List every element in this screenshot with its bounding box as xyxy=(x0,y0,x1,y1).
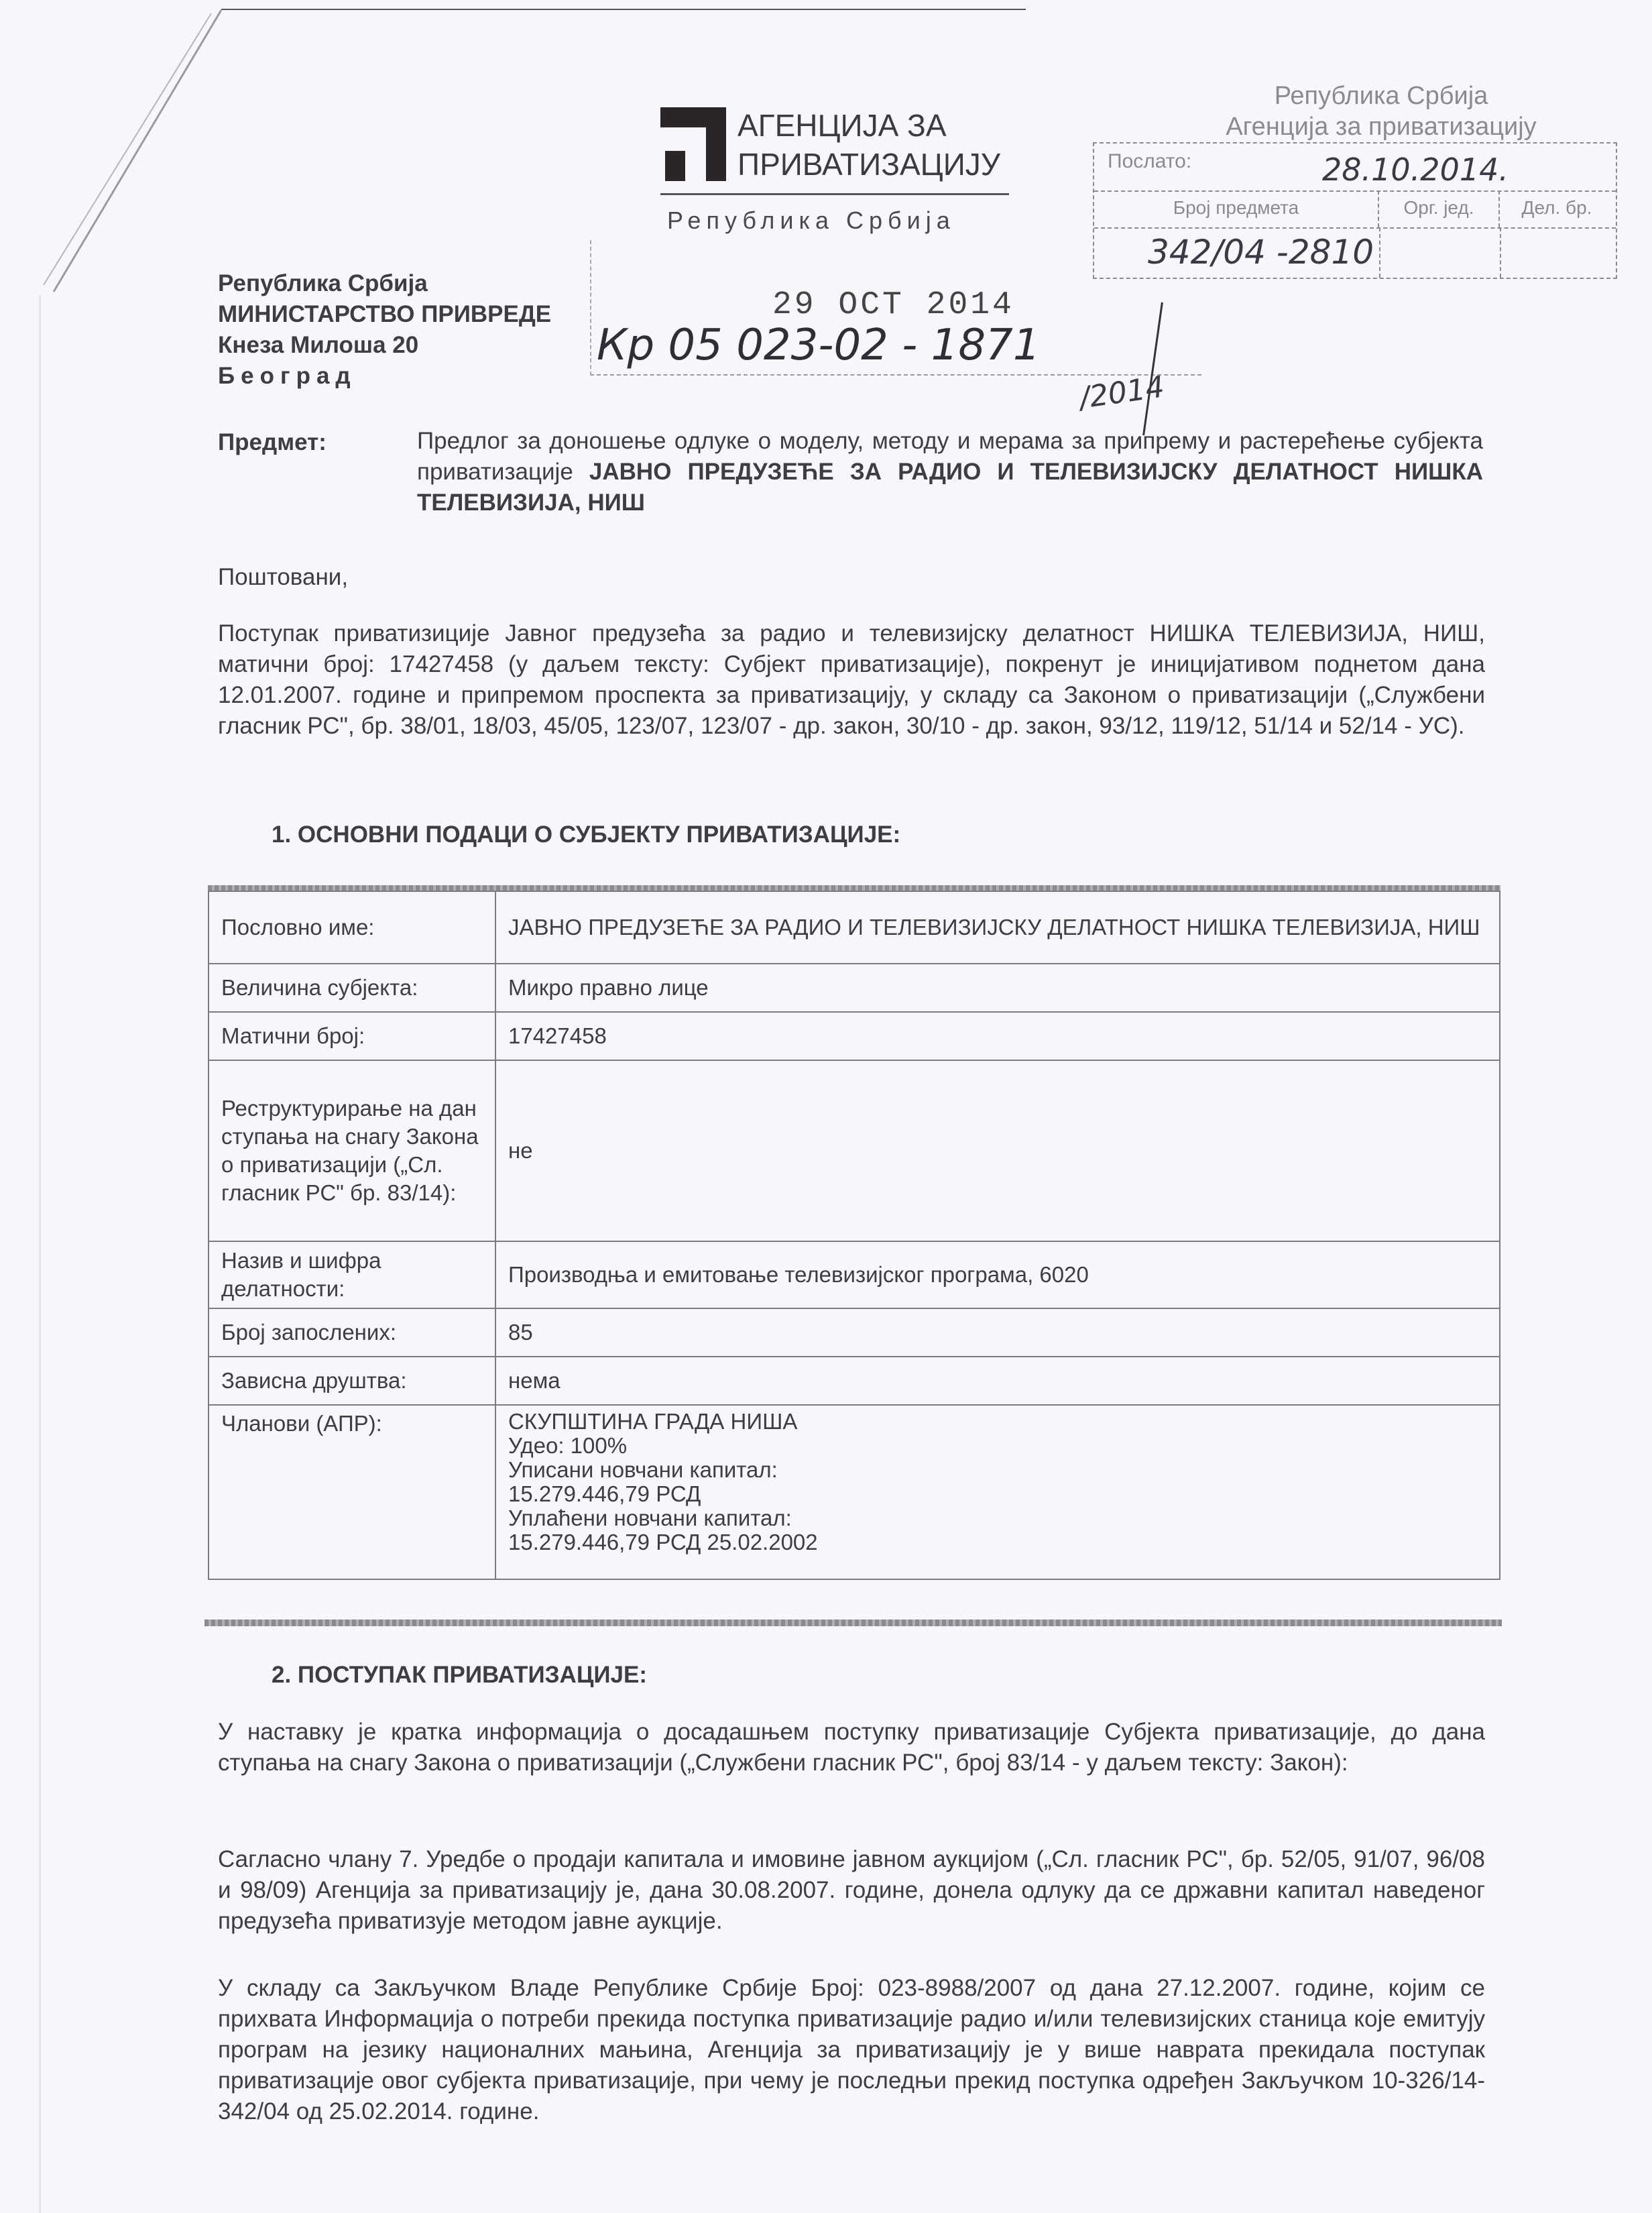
table-row: Чланови (АПР): СКУПШТИНА ГРАДА НИША Удео… xyxy=(209,1405,1500,1579)
section2-paragraph-2: Сагласно члану 7. Уредбе о продаји капит… xyxy=(218,1844,1485,1937)
stamp-header-line1: Република Србија xyxy=(1167,80,1596,111)
subject-text: Предлог за доношење одлуке о моделу, мет… xyxy=(417,426,1483,518)
row-value: 85 xyxy=(495,1308,1500,1357)
row-value: не xyxy=(495,1060,1500,1241)
table-top-border xyxy=(208,885,1500,891)
row-value: нема xyxy=(495,1357,1500,1405)
row-value-members: СКУПШТИНА ГРАДА НИША Удео: 100% Уписани … xyxy=(495,1405,1500,1579)
section2-heading: 2. ПОСТУПАК ПРИВАТИЗАЦИЈЕ: xyxy=(272,1662,647,1689)
org-unit-header: Орг. јед. xyxy=(1379,190,1500,227)
logo-title-line1: АГЕНЦИЈА ЗА xyxy=(737,107,947,144)
top-edge-rule xyxy=(221,9,1026,10)
receipt-stamp: 29 OCT 2014 Кр 05 023-02 - 1871 xyxy=(590,240,1201,376)
recipient-line2: МИНИСТАРСТВО ПРИВРЕДЕ xyxy=(218,299,551,330)
section1-heading: 1. ОСНОВНИ ПОДАЦИ О СУБЈЕКТУ ПРИВАТИЗАЦИ… xyxy=(272,821,900,848)
row-value: Производња и емитовање телевизијског про… xyxy=(495,1241,1500,1308)
row-label: Зависна друштва: xyxy=(209,1357,495,1405)
receipt-year: /2014 xyxy=(1077,370,1167,415)
row-value: Микро правно лице xyxy=(495,964,1500,1012)
paid-capital-label: Уплаћени новчани капитал: xyxy=(508,1506,1487,1530)
recipient-city: Београд xyxy=(218,361,551,392)
row-label: Величина субјекта: xyxy=(209,964,495,1012)
receipt-date: 29 OCT 2014 xyxy=(772,287,1014,323)
table-row: Матични број: 17427458 xyxy=(209,1012,1500,1060)
table-row: Пословно име: ЈАВНО ПРЕДУЗЕЋЕ ЗА РАДИО И… xyxy=(209,891,1500,964)
row-value: 17427458 xyxy=(495,1012,1500,1060)
recipient-address: Република Србија МИНИСТАРСТВО ПРИВРЕДЕ К… xyxy=(218,268,551,392)
sent-label: Послато: xyxy=(1108,150,1191,173)
row-label: Назив и шифра делатности: xyxy=(209,1241,495,1308)
recipient-line3: Кнеза Милоша 20 xyxy=(218,330,551,361)
logo-subtitle: Република Србија xyxy=(667,207,955,235)
page-fold-mark xyxy=(27,10,228,305)
table-row: Зависна друштва: нема xyxy=(209,1357,1500,1405)
member-name: СКУПШТИНА ГРАДА НИША xyxy=(508,1410,1487,1434)
row-label: Матични број: xyxy=(209,1012,495,1060)
case-number-header: Број предмета xyxy=(1094,190,1379,227)
member-share: Удео: 100% xyxy=(508,1434,1487,1458)
table-row: Реструктурирање на дан ступања на снагу … xyxy=(209,1060,1500,1241)
row-label: Број запослених: xyxy=(209,1308,495,1357)
left-edge-shadow xyxy=(39,295,41,2213)
subscribed-capital-value: 15.279.446,79 РСД xyxy=(508,1482,1487,1506)
del-number-header: Дел. бр. xyxy=(1500,190,1614,227)
table-row: Величина субјекта: Микро правно лице xyxy=(209,964,1500,1012)
table-bottom-border xyxy=(204,1620,1502,1626)
subject-data-table: Пословно име: ЈАВНО ПРЕДУЗЕЋЕ ЗА РАДИО И… xyxy=(208,891,1500,1580)
section2-paragraph-3: У складу са Закључком Владе Републике Ср… xyxy=(218,1973,1485,2127)
row-label: Чланови (АПР): xyxy=(209,1405,495,1579)
paid-capital-value: 15.279.446,79 РСД 25.02.2002 xyxy=(508,1530,1487,1554)
recipient-line1: Република Србија xyxy=(218,268,551,299)
receipt-number: Кр 05 023-02 - 1871 xyxy=(597,321,1041,370)
greeting: Поштовани, xyxy=(218,562,1485,593)
logo-divider xyxy=(660,193,1009,195)
row-value: ЈАВНО ПРЕДУЗЕЋЕ ЗА РАДИО И ТЕЛЕВИЗИЈСКУ … xyxy=(495,891,1500,964)
row-label: Реструктурирање на дан ступања на снагу … xyxy=(209,1060,495,1241)
section2-paragraph-1: У наставку је кратка информација о досад… xyxy=(218,1717,1485,1778)
logo-title-line2: ПРИВАТИЗАЦИЈУ xyxy=(737,146,1000,182)
sent-stamp-header: Република Србија Агенција за приватизаци… xyxy=(1167,80,1596,142)
row-label: Пословно име: xyxy=(209,891,495,964)
table-row: Назив и шифра делатности: Производња и е… xyxy=(209,1241,1500,1308)
sent-date: 28.10.2014. xyxy=(1322,152,1509,188)
subscribed-capital-label: Уписани новчани капитал: xyxy=(508,1458,1487,1482)
stamp-header-line2: Агенција за приватизацију xyxy=(1167,111,1596,142)
intro-paragraph: Поступак приватизиције Јавног предузећа … xyxy=(218,618,1485,742)
agency-logo: АГЕНЦИЈА ЗА ПРИВАТИЗАЦИЈУ Република Срби… xyxy=(660,107,1009,235)
subject-label: Предмет: xyxy=(218,429,327,456)
table-row: Број запослених: 85 xyxy=(209,1308,1500,1357)
agency-logo-icon xyxy=(660,107,727,181)
